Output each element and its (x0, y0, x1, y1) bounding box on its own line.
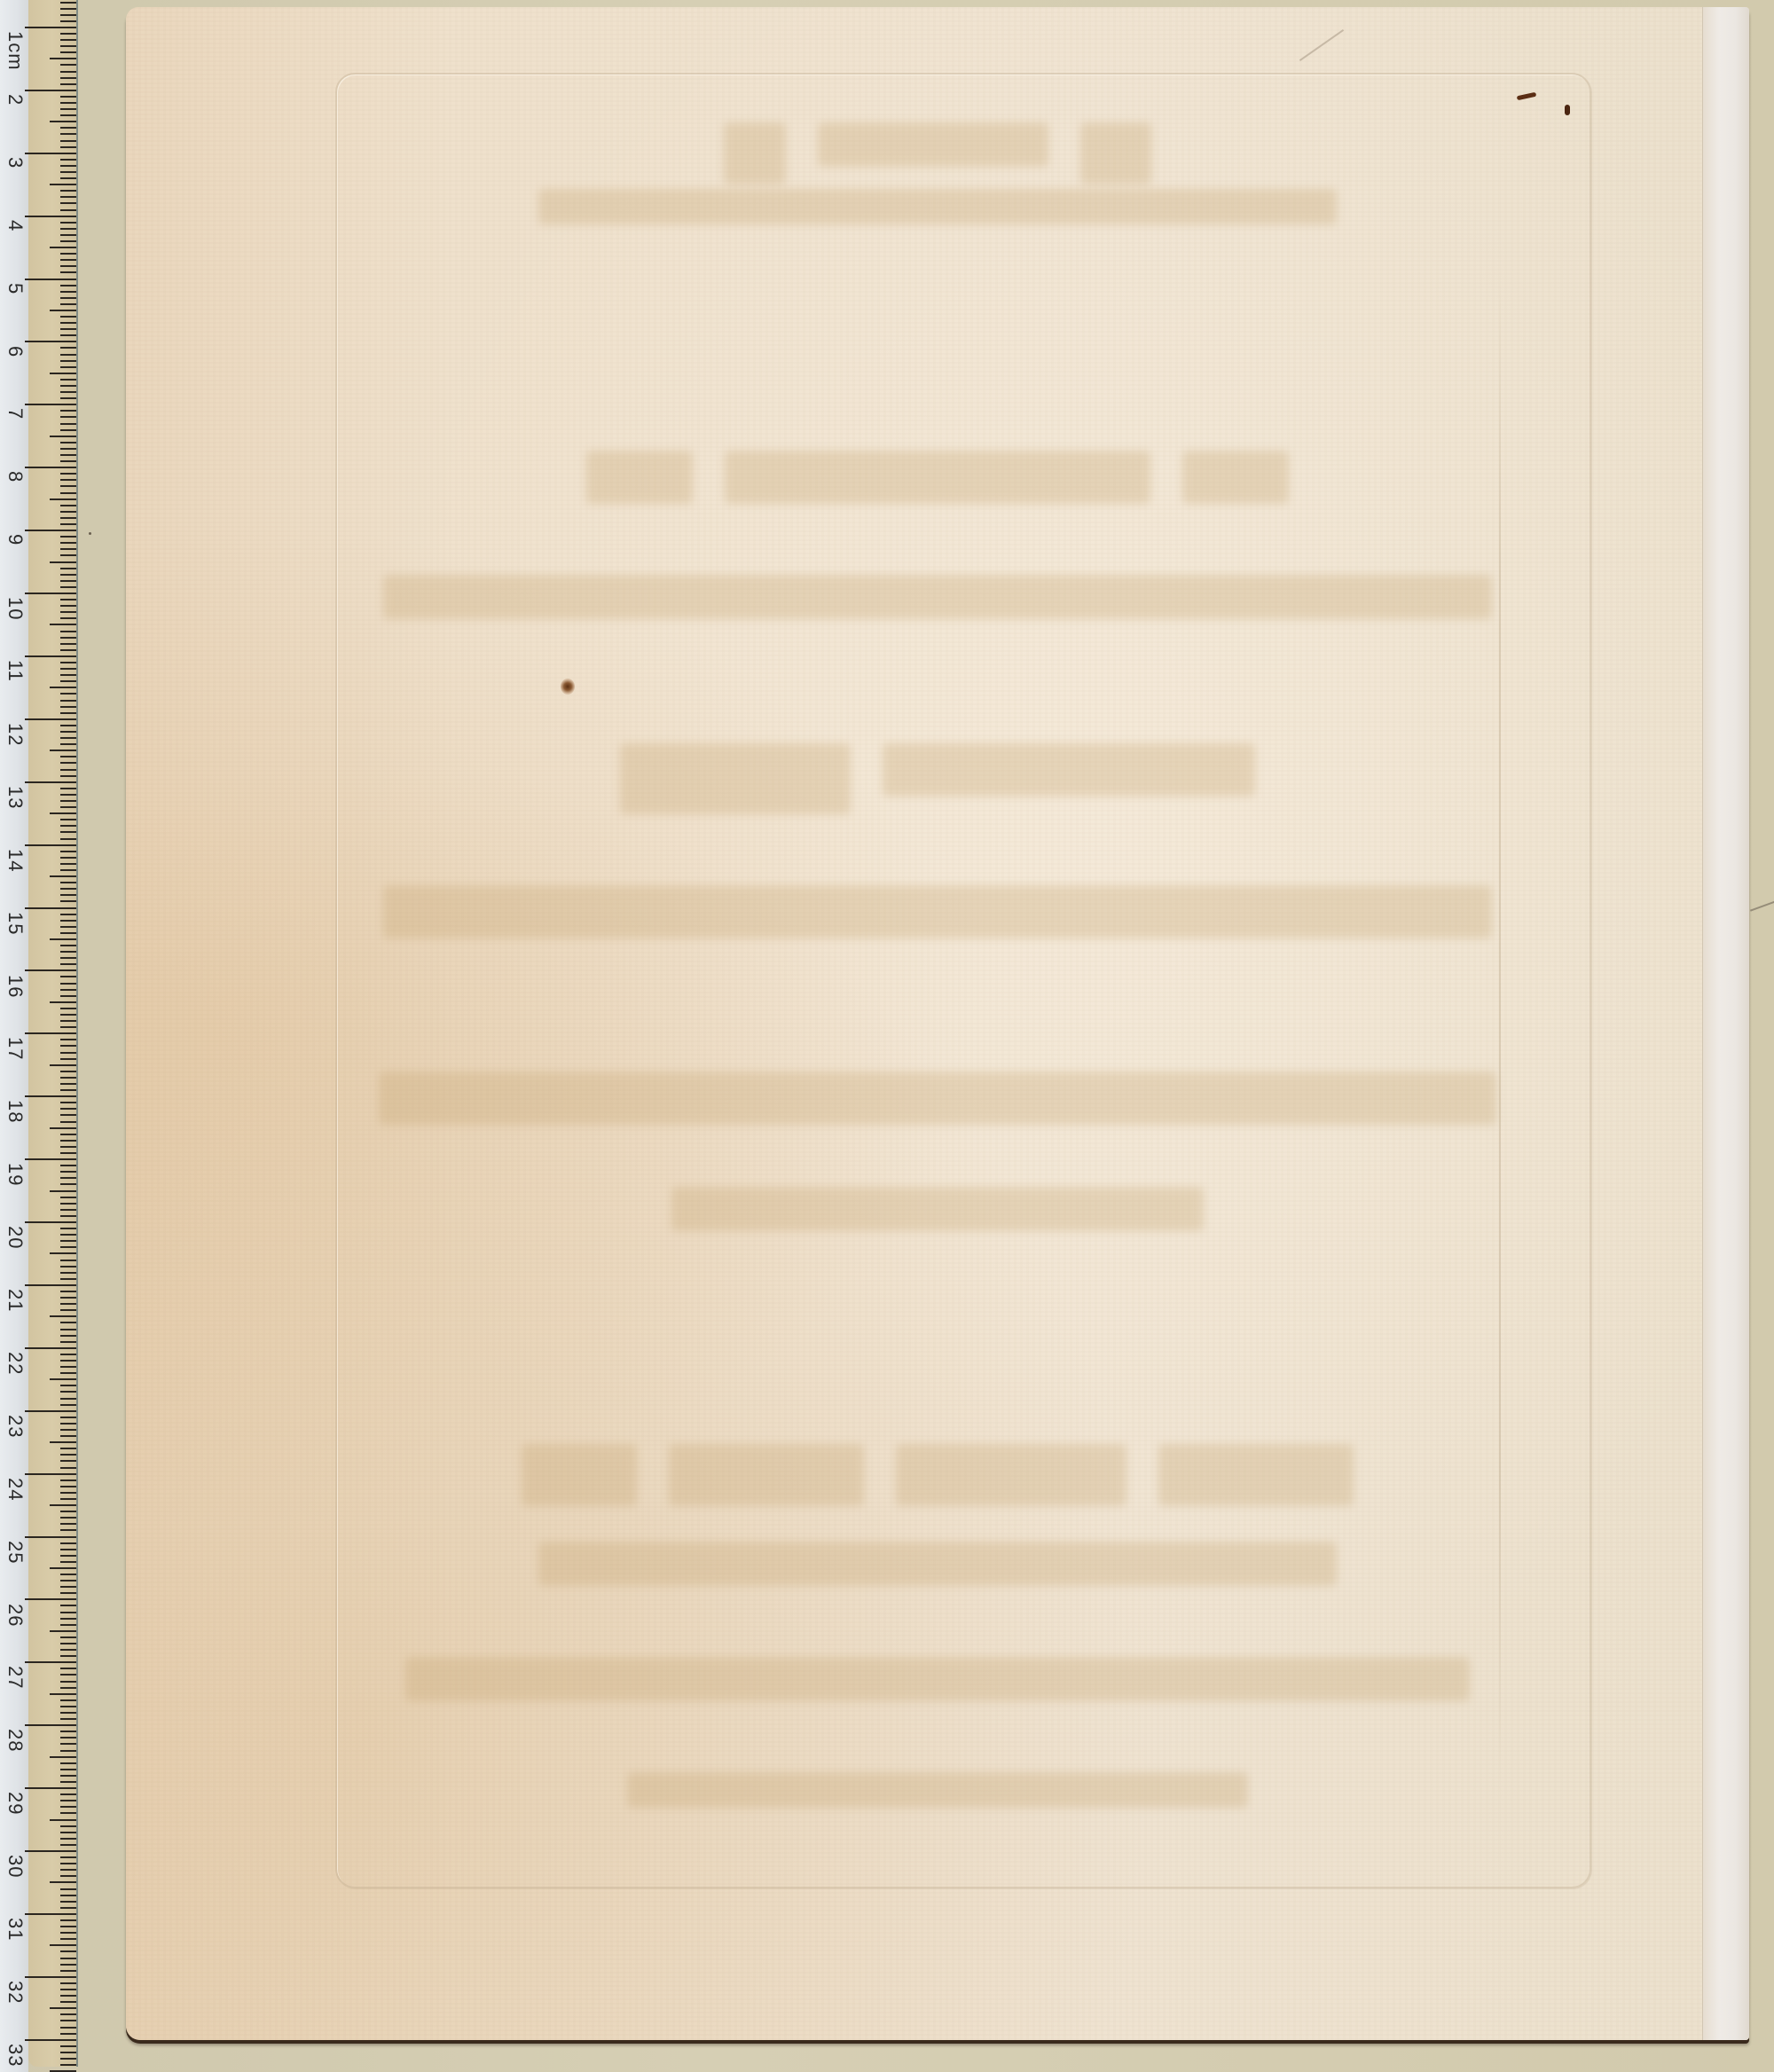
ruler-tick-mm (60, 668, 76, 670)
ruler-tick-mm (60, 1825, 76, 1827)
ruler-tick-mm (60, 1058, 76, 1060)
ruler-tick-mm (60, 963, 76, 965)
ruler-tick-mm (60, 1026, 76, 1028)
showthrough-line-6 (126, 885, 1749, 938)
ruler-tick-mm (60, 2033, 76, 2035)
ruler-tick-half (50, 498, 76, 500)
ruler-tick-mm (60, 360, 76, 362)
ruler-tick-mm (60, 1674, 76, 1676)
ruler-tick-mm (60, 920, 76, 922)
ruler-tick-mm (60, 1781, 76, 1783)
ruler-tick-mm (60, 662, 76, 663)
ruler-tick-mm (60, 1498, 76, 1500)
ruler-tick-mm (60, 1636, 76, 1638)
showthrough-line-9 (126, 1444, 1749, 1506)
ruler-cm-label: 8 (2, 471, 28, 498)
ruler-cm-label: 4 (2, 220, 28, 247)
paper-sheet (126, 7, 1749, 2040)
ruler-tick-mm (60, 995, 76, 997)
ruler-tick-mm (60, 1706, 76, 1707)
ruler-tick-mm (60, 1209, 76, 1211)
ruler-tick-half (50, 938, 76, 940)
ruler-tick-mm (60, 1492, 76, 1494)
ruler-cm-label: 6 (2, 346, 28, 373)
ruler-tick-mm (60, 1888, 76, 1890)
ruler-tick-mm (60, 951, 76, 953)
ruler-cm-label: 26 (2, 1604, 28, 1630)
dust-speck (89, 532, 91, 535)
ruler-tick-mm (60, 1932, 76, 1934)
ruler-tick-mm (60, 1592, 76, 1594)
ruler-cm-label: 20 (2, 1226, 28, 1252)
ruler-tick-half (50, 561, 76, 563)
ruler-tick-mm (60, 1517, 76, 1519)
ruler-tick-mm (60, 819, 76, 820)
ruler-cm-label: 14 (2, 849, 28, 875)
ruler-tick-mm (60, 334, 76, 336)
ruler-tick-cm (25, 1410, 76, 1412)
ruler-tick-mm (60, 1197, 76, 1198)
ruler-tick-mm (60, 271, 76, 273)
ruler-tick-mm (60, 611, 76, 613)
ruler-tick-mm (60, 605, 76, 607)
ruler-tick-mm (60, 1743, 76, 1745)
ruler-tick-half (50, 1693, 76, 1695)
foxing-spot (561, 679, 575, 695)
ruler-tick-cm (25, 1095, 76, 1097)
ruler-cm-label: 16 (2, 975, 28, 1001)
ruler-tick-mm (60, 1134, 76, 1135)
ruler-tick-mm (60, 989, 76, 991)
ruler-tick-half (50, 1378, 76, 1380)
ruler-tick-mm (60, 900, 76, 902)
ruler-tick-mm (60, 2064, 76, 2066)
ruler-cm-label: 10 (2, 597, 28, 624)
ruler-tick-half (50, 373, 76, 374)
ruler-tick-cm (25, 341, 76, 342)
ruler-tick-mm (60, 1467, 76, 1469)
ruler-tick-mm (60, 291, 76, 293)
ruler-tick-mm (60, 354, 76, 356)
ruler-tick-mm (60, 1555, 76, 1557)
ruler-tick-mm (60, 1385, 76, 1386)
ruler-tick-mm (60, 177, 76, 179)
ruler-tick-mm (60, 1737, 76, 1738)
ruler-tick-mm (60, 649, 76, 651)
ruler-tick-mm (60, 1203, 76, 1205)
ruler-tick-mm (60, 775, 76, 777)
ruler-tick-mm (60, 1718, 76, 1720)
ruler-cm-label: 2 (2, 94, 28, 121)
ruler-tick-cm (25, 2039, 76, 2041)
ruler-tick-mm (60, 1895, 76, 1896)
ruler-tick-mm (60, 926, 76, 928)
ruler-tick-mm (60, 857, 76, 859)
ruler-tick-mm (60, 586, 76, 588)
ruler-tick-mm (60, 328, 76, 330)
ruler-tick-mm (60, 1775, 76, 1777)
showthrough-line-5 (126, 743, 1749, 814)
ruler-tick-mm (60, 869, 76, 871)
ruler-tick-mm (60, 1429, 76, 1431)
ruler-tick-cm (25, 1598, 76, 1600)
ruler-tick-mm (60, 957, 76, 959)
ruler-tick-mm (60, 322, 76, 324)
ruler-tick-mm (60, 209, 76, 211)
ruler-tick-mm (60, 637, 76, 639)
ruler-tick-mm (60, 554, 76, 556)
ruler-tick-mm (60, 838, 76, 840)
ruler-cm-label: 21 (2, 1289, 28, 1315)
ruler-cm-label: 30 (2, 1855, 28, 1881)
ruler-tick-mm (60, 825, 76, 827)
ruler-tick-mm (60, 1479, 76, 1481)
ruler-tick-cm (25, 1284, 76, 1286)
ruler-tick-half (50, 2007, 76, 2009)
ruler-tick-half (50, 1504, 76, 1506)
ruler-tick-mm (60, 882, 76, 883)
ruler-tick-half (50, 121, 76, 122)
measuring-ruler: 1cm2345678910111213141516171819202122232… (0, 0, 78, 2072)
ruler-tick-mm (60, 114, 76, 116)
ruler-cm-label: 23 (2, 1415, 28, 1441)
ruler-tick-half (50, 310, 76, 311)
ruler-tick-half (50, 1819, 76, 1821)
ruler-tick-mm (60, 1423, 76, 1424)
ruler-tick-cm (25, 781, 76, 783)
ruler-tick-mm (60, 1171, 76, 1173)
spine-binding-strip (1702, 7, 1749, 2040)
ruler-tick-mm (60, 2001, 76, 2003)
ruler-tick-mm (60, 1769, 76, 1770)
ruler-cm-label: 5 (2, 283, 28, 310)
ruler-tick-mm (60, 1950, 76, 1952)
ruler-tick-mm (60, 1335, 76, 1337)
ruler-tick-cm (25, 1158, 76, 1160)
ruler-tick-mm (60, 932, 76, 934)
ruler-cm-label: 3 (2, 157, 28, 184)
ruler-tick-mm (60, 127, 76, 129)
ruler-tick-mm (60, 631, 76, 632)
ruler-tick-mm (60, 1605, 76, 1606)
ruler-tick-mm (60, 1246, 76, 1248)
ruler-tick-mm (60, 1964, 76, 1966)
ruler-tick-cm (25, 655, 76, 657)
ruler-tick-mm (60, 1329, 76, 1330)
ruler-tick-mm (60, 416, 76, 418)
ruler-tick-mm (60, 731, 76, 733)
ruler-tick-half (50, 687, 76, 688)
ruler-tick-mm (60, 1712, 76, 1714)
ruler-tick-mm (60, 1435, 76, 1437)
ruler-tick-mm (60, 1511, 76, 1512)
ruler-tick-mm (60, 1391, 76, 1393)
ruler-tick-mm (60, 831, 76, 833)
ruler-tick-mm (60, 1875, 76, 1877)
ruler-cm-label: 15 (2, 912, 28, 938)
ruler-tick-cm (25, 1787, 76, 1789)
ruler-tick-cm (25, 969, 76, 971)
ruler-tick-mm (60, 1668, 76, 1669)
ruler-tick-mm (60, 1995, 76, 1997)
ruler-tick-half (50, 1944, 76, 1946)
ruler-tick-cm (25, 530, 76, 531)
ruler-tick-mm (60, 222, 76, 224)
ruler-tick-mm (60, 800, 76, 802)
ruler-tick-half (50, 1127, 76, 1129)
ruler-tick-mm (60, 83, 76, 85)
ruler-tick-half (50, 1315, 76, 1317)
ruler-cm-label: 13 (2, 786, 28, 812)
showthrough-line-4 (126, 575, 1749, 619)
ruler-tick-mm (60, 1561, 76, 1563)
ruler-tick-mm (60, 712, 76, 714)
ruler-tick-mm (60, 2027, 76, 2029)
ruler-tick-mm (60, 1856, 76, 1858)
ruler-tick-mm (60, 297, 76, 299)
ruler-tick-mm (60, 643, 76, 645)
ruler-tick-half (50, 624, 76, 625)
ruler-tick-mm (60, 20, 76, 22)
ruler-tick-mm (60, 71, 76, 73)
ruler-tick-mm (60, 1114, 76, 1116)
ruler-tick-mm (60, 1354, 76, 1355)
ruler-tick-mm (60, 1234, 76, 1236)
ruler-tick-mm (60, 429, 76, 431)
ruler-tick-mm (60, 228, 76, 230)
ruler-tick-half (50, 1881, 76, 1883)
ruler-tick-mm (60, 1838, 76, 1840)
ruler-tick-mm (60, 1586, 76, 1588)
ruler-tick-mm (60, 196, 76, 198)
ruler-tick-mm (60, 454, 76, 456)
ruler-tick-mm (60, 914, 76, 915)
ruler-tick-mm (60, 1309, 76, 1311)
ruler-tick-mm (60, 1731, 76, 1732)
ruler-tick-mm (60, 806, 76, 808)
ruler-tick-mm (60, 725, 76, 726)
ruler-tick-mm (60, 1303, 76, 1305)
ruler-tick-mm (60, 140, 76, 142)
ruler-tick-mm (60, 1523, 76, 1525)
ruler-tick-mm (60, 888, 76, 890)
ruler-tick-mm (60, 1655, 76, 1657)
ruler-tick-mm (60, 1215, 76, 1217)
ruler-tick-mm (60, 1417, 76, 1418)
ruler-tick-cm (25, 1032, 76, 1034)
ruler-tick-mm (60, 1008, 76, 1009)
ruler-tick-cm (25, 1536, 76, 1538)
ruler-tick-mm (60, 1643, 76, 1644)
ruler-tick-mm (60, 1177, 76, 1179)
ruler-cm-label: 33 (2, 2044, 28, 2070)
ruler-tick-mm (60, 1549, 76, 1550)
ruler-tick-mm (60, 379, 76, 381)
ruler-tick-mm (60, 460, 76, 462)
ruler-tick-mm (60, 366, 76, 368)
ruler-tick-mm (60, 737, 76, 739)
ruler-cm-label: 11 (2, 660, 28, 687)
plate-mark (335, 73, 1591, 1888)
ruler-tick-mm (60, 1901, 76, 1903)
ruler-tick-mm (60, 473, 76, 475)
ruler-cm-label: 22 (2, 1352, 28, 1378)
ruler-tick-cm (25, 593, 76, 594)
ruler-tick-cm (25, 279, 76, 280)
ruler-tick-mm (60, 303, 76, 305)
ruler-tick-mm (60, 240, 76, 242)
ruler-tick-mm (60, 1762, 76, 1764)
ruler-tick-mm (60, 1580, 76, 1581)
ruler-tick-mm (60, 2020, 76, 2021)
ruler-tick-mm (60, 1699, 76, 1701)
ruler-tick-mm (60, 542, 76, 544)
ruler-tick-mm (60, 983, 76, 985)
ruler-tick-mm (60, 1812, 76, 1814)
showthrough-line-10 (126, 1542, 1749, 1586)
showthrough-line-8 (126, 1187, 1749, 1231)
ruler-tick-mm (60, 77, 76, 79)
ruler-tick-mm (60, 133, 76, 135)
ruler-tick-mm (60, 1832, 76, 1833)
ruler-cm-label: 19 (2, 1163, 28, 1189)
ruler-tick-mm (60, 1989, 76, 1990)
ruler-cm-label: 7 (2, 408, 28, 435)
ruler-tick-mm (60, 102, 76, 104)
ruler-tick-mm (60, 1844, 76, 1846)
ruler-tick-mm (60, 1448, 76, 1449)
ruler-cm-label: 31 (2, 1918, 28, 1944)
ruler-tick-mm (60, 1486, 76, 1487)
ruler-tick-mm (60, 51, 76, 53)
ruler-cm-label: 9 (2, 534, 28, 561)
ruler-tick-mm (60, 536, 76, 538)
ruler-tick-cm (25, 1850, 76, 1852)
ruler-tick-mm (60, 1919, 76, 1921)
ruler-tick-mm (60, 1152, 76, 1154)
ruler-tick-mm (60, 568, 76, 569)
ruler-tick-mm (60, 1372, 76, 1374)
ruler-tick-mm (60, 1260, 76, 1261)
ruler-tick-mm (60, 863, 76, 865)
showthrough-line-1 (126, 122, 1749, 184)
ruler-tick-mm (60, 1272, 76, 1274)
ruler-tick-cm (25, 907, 76, 909)
ruler-tick-mm (60, 945, 76, 946)
ruler-tick-mm (60, 423, 76, 425)
ruler-tick-mm (60, 1089, 76, 1091)
ruler-tick-mm (60, 1687, 76, 1689)
ruler-tick-cm (25, 844, 76, 846)
ruler-tick-mm (60, 347, 76, 349)
ruler-tick-mm (60, 253, 76, 255)
ruler-tick-mm (60, 1649, 76, 1651)
ruler-tick-mm (60, 2045, 76, 2047)
ruler-tick-half (50, 247, 76, 248)
ruler-tick-mm (60, 316, 76, 318)
ruler-tick-mm (60, 1121, 76, 1123)
ruler-tick-mm (60, 1618, 76, 1620)
ruler-tick-mm (60, 523, 76, 525)
ruler-tick-mm (60, 234, 76, 236)
ruler-tick-mm (60, 1970, 76, 1972)
ruler-tick-mm (60, 485, 76, 487)
ruler-tick-mm (60, 599, 76, 600)
ruler-tick-cm (25, 1473, 76, 1475)
ruler-tick-mm (60, 762, 76, 764)
ruler-tick-mm (60, 517, 76, 519)
ruler-tick-mm (60, 505, 76, 506)
ruler-tick-mm (60, 1793, 76, 1795)
ruler-tick-mm (60, 1014, 76, 1016)
ruler-tick-cm (25, 1913, 76, 1915)
ruler-tick-mm (60, 1183, 76, 1185)
ruler-label-strip (0, 0, 28, 2072)
ruler-tick-mm (60, 1398, 76, 1400)
ruler-tick-mm (60, 1108, 76, 1110)
ruler-cm-label: 28 (2, 1729, 28, 1755)
ruler-tick-mm (60, 2, 76, 4)
ruler-tick-half (50, 58, 76, 59)
ruler-tick-mm (60, 1612, 76, 1613)
ruler-tick-mm (60, 1958, 76, 1959)
ruler-tick-mm (60, 1077, 76, 1079)
ruler-cm-label: 32 (2, 1981, 28, 2007)
showthrough-line-3 (126, 451, 1749, 504)
ruler-tick-cm (25, 1221, 76, 1223)
ruler-tick-cm (25, 404, 76, 405)
ruler-tick-half (50, 1567, 76, 1569)
ruler-tick-mm (60, 146, 76, 148)
ruler-tick-mm (60, 1460, 76, 1462)
showthrough-line-2 (126, 189, 1749, 224)
ruler-tick-mm (60, 894, 76, 896)
ruler-tick-mm (60, 1083, 76, 1085)
ruler-tick-mm (60, 1140, 76, 1142)
ruler-tick-half (50, 812, 76, 814)
ruler-tick-cm (25, 1724, 76, 1726)
ruler-tick-mm (60, 1146, 76, 1148)
ruler-tick-mm (60, 1863, 76, 1864)
ruler-tick-mm (60, 259, 76, 261)
ruler-tick-mm (60, 1341, 76, 1343)
ruler-cm-label: 18 (2, 1100, 28, 1126)
ruler-tick-mm (60, 2013, 76, 2015)
ruler-cm-label: 12 (2, 723, 28, 750)
ruler-tick-half (50, 184, 76, 185)
ruler-tick-cm (25, 718, 76, 720)
ruler-tick-mm (60, 674, 76, 676)
ruler-tick-half (50, 1252, 76, 1254)
ruler-tick-mm (60, 1982, 76, 1984)
ruler-tick-half (50, 1441, 76, 1443)
ruler-tick-mm (60, 397, 76, 399)
ruler-tick-mm (60, 617, 76, 619)
ruler-tick-mm (60, 1045, 76, 1047)
ruler-tick-mm (60, 756, 76, 757)
ruler-tick-mm (60, 165, 76, 167)
ruler-tick-cm (25, 1976, 76, 1978)
ruler-tick-mm (60, 1278, 76, 1280)
ruler-tick-half (50, 875, 76, 877)
ruler-tick-mm (60, 574, 76, 576)
ruler-tick-mm (60, 1052, 76, 1054)
ruler-tick-mm (60, 1322, 76, 1323)
ruler-tick-mm (60, 706, 76, 708)
ruler-tick-half (50, 1756, 76, 1758)
ruler-tick-mm (60, 1750, 76, 1752)
showthrough-line-11 (126, 1657, 1749, 1701)
